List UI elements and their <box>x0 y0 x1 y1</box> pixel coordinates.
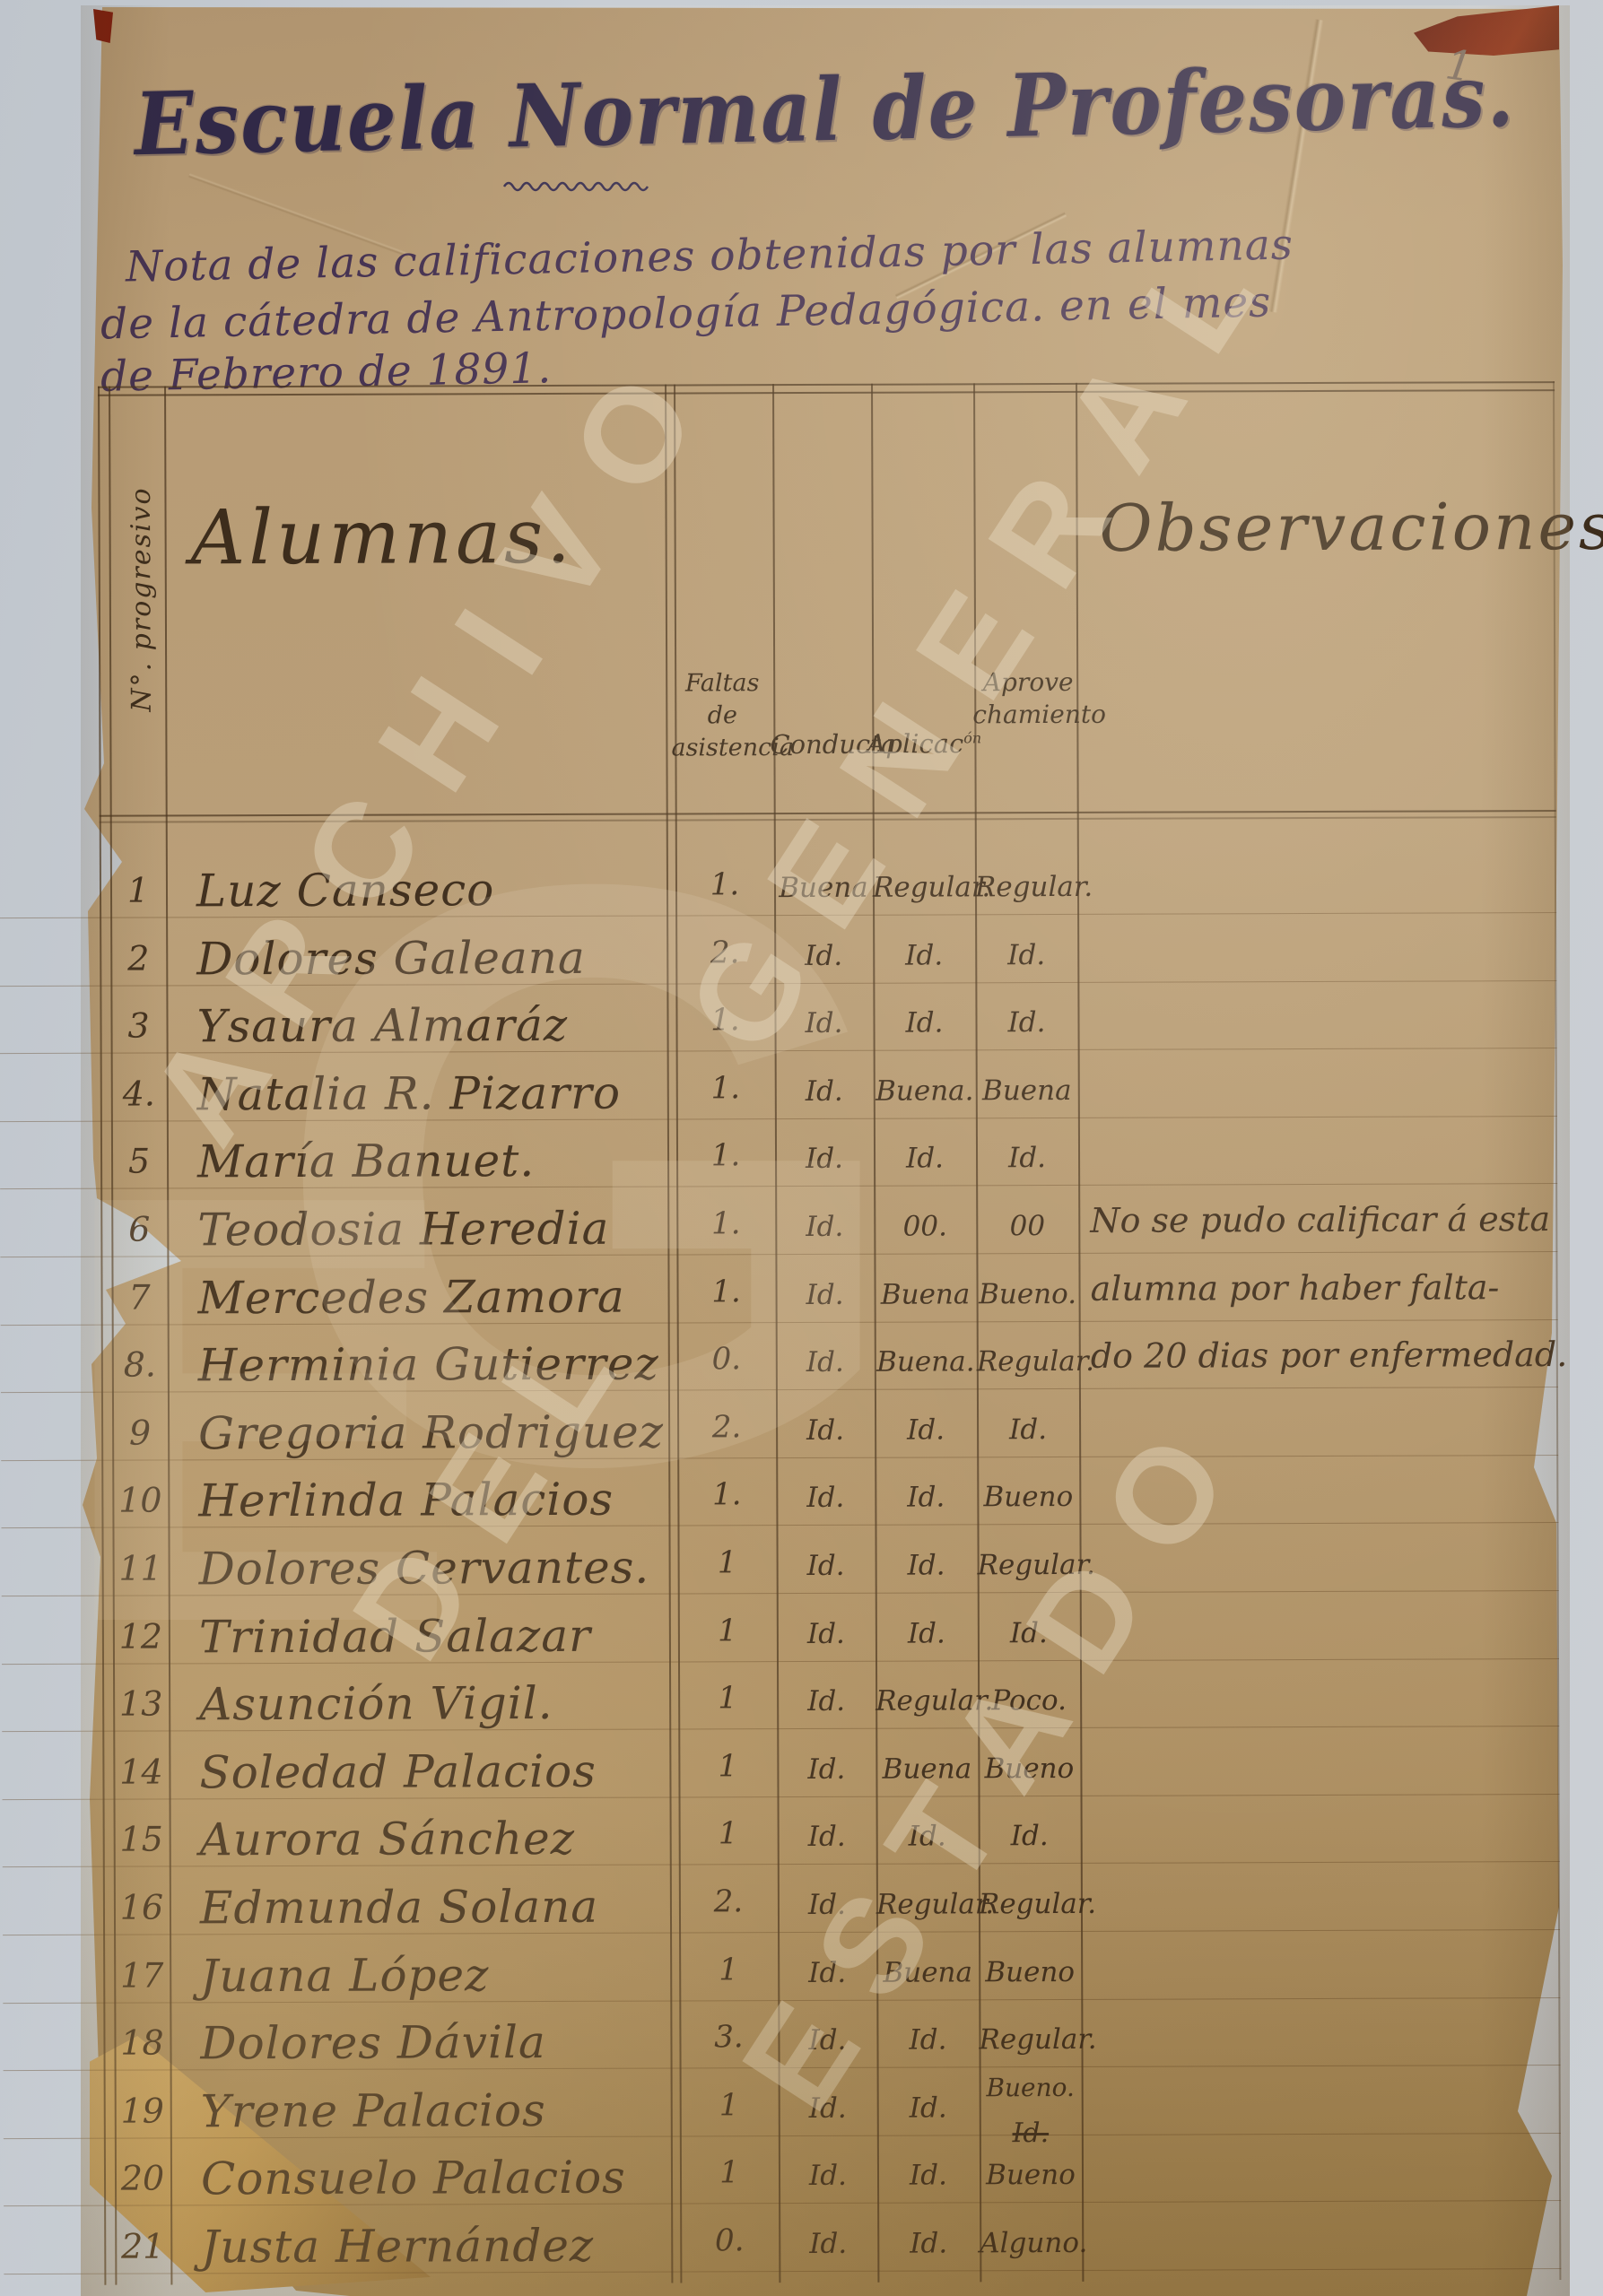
aplicacion-value: Buena. <box>875 1346 977 1378</box>
conducta-value: Id. <box>776 1346 875 1378</box>
aprovechamiento-value: Bueno. <box>977 1278 1079 1310</box>
column-header-numero: N°. progresivo <box>126 402 159 796</box>
column-header-observaciones: Observaciones. <box>1099 489 1603 566</box>
aprovechamiento-value: Regular. <box>979 1888 1081 1920</box>
row-number: 3 <box>112 1006 164 1046</box>
table-row: 18 Dolores Dávila 3. Id. Id. Regular. <box>3 1996 1560 2071</box>
faltas-value: 1. <box>675 1002 774 1038</box>
aprovechamiento-value: Regular. <box>978 1549 1080 1581</box>
conducta-value: Id. <box>775 1075 874 1108</box>
table-row: 12 Trinidad Salazar 1 Id. Id. Id. <box>2 1590 1559 1665</box>
observacion-text: No se pudo calificar á esta <box>1090 1199 1550 1240</box>
column-header-faltas: Faltas de asistencia <box>671 667 773 764</box>
aplicacion-value: Id. <box>877 2227 980 2259</box>
column-header-alumnas: Alumnas. <box>190 492 574 581</box>
conducta-value: Id. <box>779 2228 877 2260</box>
conducta-value: Id. <box>778 1956 876 1988</box>
aplicacion-value: Regular. <box>873 871 975 903</box>
student-name: Justa Hernández <box>201 2220 594 2274</box>
aprovechamiento-value: Poco. <box>978 1684 1080 1717</box>
faltas-value: 3. <box>679 2019 778 2055</box>
faltas-value: 1. <box>676 1137 775 1173</box>
table-row: 19 Yrene Palacios 1 Id. Id. Bueno. Id. <box>4 2065 1561 2139</box>
faltas-value: 1 <box>680 2087 779 2123</box>
table-row: 4. Natalia R. Pizarro 1. Id. Buena. Buen… <box>0 1048 1557 1122</box>
conducta-value: Id. <box>776 1414 875 1447</box>
aplicacion-value: Id. <box>877 2092 980 2124</box>
student-name: Ysaura Almaráz <box>196 999 568 1052</box>
row-number: 17 <box>116 1955 168 1995</box>
table-body: 1 Luz Canseco 1. Buena Regular. Regular.… <box>0 0 1599 3</box>
aplicacion-value: 00. <box>874 1210 976 1242</box>
row-number: 19 <box>117 2091 169 2130</box>
aprovechamiento-value: Bueno. <box>980 2073 1082 2102</box>
conducta-value: Id. <box>779 2160 877 2192</box>
row-number: 14 <box>115 1752 167 1791</box>
student-name: Herminia Gutierrez <box>198 1338 659 1392</box>
table-row: 5 María Banuet. 1. Id. Id. Id. <box>0 1115 1557 1189</box>
aplicacion-value: Buena <box>875 1278 977 1310</box>
student-name: Natalia R. Pizarro <box>197 1066 621 1120</box>
table-row: 8. Herminia Gutierrez 0. Id. Buena. Regu… <box>1 1318 1558 1393</box>
table-row: 3 Ysaura Almaráz 1. Id. Id. Id. <box>0 979 1557 1054</box>
aprovechamiento-value: Id. <box>978 1617 1080 1649</box>
faltas-value: 1. <box>676 1070 775 1106</box>
row-number: 1 <box>112 870 164 909</box>
aplicacion-value: Id. <box>876 2024 979 2057</box>
row-number: 21 <box>117 2226 169 2266</box>
table-row: 6 Teodosia Heredia 1. Id. 00. 00 No se p… <box>0 1183 1557 1257</box>
faltas-value: 1 <box>678 1613 777 1648</box>
conducta-value: Id. <box>776 1278 875 1310</box>
aprovechamiento-value: 00 <box>976 1210 1078 1242</box>
aprovechamiento-value: Id. <box>977 1413 1079 1446</box>
faltas-value: 1. <box>677 1476 776 1512</box>
faltas-value: 1. <box>676 1205 775 1241</box>
row-number: 7 <box>113 1277 165 1317</box>
student-name: Herlinda Palacios <box>198 1474 614 1527</box>
aplicacion-value: Buena <box>876 1956 979 1988</box>
faltas-value: 1. <box>675 866 774 902</box>
table-row: 7 Mercedes Zamora 1. Id. Buena Bueno. al… <box>0 1251 1557 1326</box>
aplicacion-value: Id. <box>876 1549 978 1581</box>
aprovechamiento-value: Buena <box>976 1074 1078 1107</box>
conducta-value: Id. <box>778 1821 876 1853</box>
row-number: 4. <box>113 1074 165 1113</box>
student-name: Luz Canseco <box>196 864 494 917</box>
table-row: 1 Luz Canseco 1. Buena Regular. Regular. <box>0 844 1556 918</box>
student-name: Consuelo Palacios <box>201 2152 626 2205</box>
aprovechamiento-value: Alguno. <box>980 2227 1082 2259</box>
conducta-value: Id. <box>775 1143 874 1175</box>
conducta-value: Id. <box>774 1007 873 1039</box>
conducta-value: Id. <box>778 2024 876 2057</box>
aplicacion-value: Id. <box>873 1007 975 1039</box>
row-number: 20 <box>117 2159 169 2198</box>
student-name: Gregoria Rodriguez <box>198 1405 664 1459</box>
row-number: 18 <box>116 2023 168 2063</box>
aplicacion-value: Buena <box>876 1752 978 1785</box>
aprovechamiento-value: Bueno <box>978 1752 1080 1785</box>
conducta-value: Id. <box>776 1482 875 1514</box>
row-number: 11 <box>115 1548 167 1587</box>
conducta-value: Buena <box>774 872 873 904</box>
faltas-value: 1 <box>679 1815 778 1851</box>
row-number: 12 <box>115 1616 167 1656</box>
table-rule-horizontal <box>98 381 1555 388</box>
student-name: Edmunda Solana <box>200 1881 598 1935</box>
row-number: 6 <box>113 1209 165 1248</box>
table-row: 20 Consuelo Palacios 1 Id. Id. Bueno <box>4 2132 1561 2206</box>
table-row: 14 Soledad Palacios 1 Id. Buena Bueno <box>2 1726 1559 1800</box>
aprovechamiento-value: Id. <box>979 1820 1081 1852</box>
column-header-aprovechamiento: Aprove chamiento <box>972 666 1084 731</box>
conducta-value: Id. <box>777 1685 876 1718</box>
student-name: Mercedes Zamora <box>197 1270 624 1324</box>
student-name: Dolores Cervantes. <box>199 1542 650 1596</box>
aplicacion-value: Id. <box>877 2160 980 2192</box>
observacion-text: do 20 dias por enfermedad. <box>1091 1335 1568 1376</box>
aplicacion-value: Id. <box>876 1821 979 1853</box>
conducta-value: Id. <box>775 1211 874 1243</box>
grades-table: N°. progresivo Alumnas. Faltas de asiste… <box>0 0 1603 2296</box>
aprovechamiento-value: Id. <box>975 939 1077 971</box>
table-row: 15 Aurora Sánchez 1 Id. Id. Id. <box>3 1793 1560 1867</box>
row-number: 8. <box>114 1345 166 1385</box>
student-name: Dolores Dávila <box>200 2016 545 2069</box>
aplicacion-value: Buena. <box>874 1074 976 1107</box>
aprovechamiento-value: Regular. <box>977 1345 1079 1378</box>
table-row: 2 Dolores Galeana 2. Id. Id. Id. <box>0 912 1556 987</box>
row-number: 5 <box>113 1142 165 1181</box>
aprovechamiento-value: Regular. <box>975 871 1077 903</box>
aplicacion-value: Id. <box>876 1617 978 1649</box>
table-row: 9 Gregoria Rodriguez 2. Id. Id. Id. <box>1 1387 1558 1461</box>
aprovechamiento-value: Id. <box>975 1006 1077 1039</box>
student-name: Yrene Palacios <box>201 2084 546 2137</box>
aplicacion-value: Regular. <box>876 1685 978 1718</box>
aprovechamiento-value: Bueno <box>977 1481 1079 1513</box>
row-number: 2 <box>112 938 164 978</box>
faltas-value: 1 <box>678 1680 777 1716</box>
table-row: 10 Herlinda Palacios 1. Id. Id. Bueno <box>1 1454 1558 1528</box>
aplicacion-value: Id. <box>875 1413 977 1446</box>
student-name: María Banuet. <box>197 1135 535 1187</box>
student-name: Teodosia Heredia <box>197 1203 609 1257</box>
faltas-value: 1 <box>678 1544 777 1580</box>
aplicacion-value: Id. <box>873 939 975 971</box>
row-number: 15 <box>116 1820 168 1859</box>
table-row: 13 Asunción Vigil. 1 Id. Regular. Poco. <box>2 1657 1559 1732</box>
column-header-conducta: Conducta <box>770 728 874 761</box>
scanned-document-photo: 1 Escuela Normal de Profesoras. Nota de … <box>0 0 1603 2296</box>
faltas-value: 1 <box>679 1952 778 1987</box>
aprovechamiento-value: Id. <box>976 1142 1078 1174</box>
faltas-value: 2. <box>677 1409 776 1445</box>
aplicacion-value: Id. <box>874 1143 976 1175</box>
conducta-value: Id. <box>774 939 873 971</box>
student-name: Soledad Palacios <box>199 1745 597 1799</box>
aplicacion-value: Regular. <box>876 1888 979 1920</box>
table-row: 21 Justa Hernández 0. Id. Id. Alguno. <box>4 2200 1561 2274</box>
aprovechamiento-value: Bueno <box>979 1956 1081 1988</box>
student-name: Aurora Sánchez <box>200 1813 576 1865</box>
table-row: 11 Dolores Cervantes. 1 Id. Id. Regular. <box>1 1522 1558 1596</box>
conducta-value: Id. <box>779 2092 877 2125</box>
student-name: Dolores Galeana <box>196 931 586 985</box>
table-row: 17 Juana López 1 Id. Buena Bueno <box>3 1929 1560 2004</box>
aprovechamiento-value: Bueno <box>980 2159 1082 2191</box>
faltas-value: 2. <box>679 1883 778 1919</box>
faltas-value: 1 <box>678 1748 777 1784</box>
conducta-value: Id. <box>777 1753 876 1786</box>
table-row: 16 Edmunda Solana 2. Id. Regular. Regula… <box>3 1861 1560 1935</box>
conducta-value: Id. <box>777 1550 876 1582</box>
table-rule-horizontal <box>100 810 1556 817</box>
student-name: Trinidad Salazar <box>199 1609 591 1663</box>
faltas-value: 0. <box>677 1341 776 1377</box>
conducta-value: Id. <box>778 1889 876 1921</box>
student-name: Asunción Vigil. <box>199 1677 553 1730</box>
table-rule-horizontal <box>98 389 1555 396</box>
faltas-value: 2. <box>675 935 774 970</box>
conducta-value: Id. <box>777 1617 876 1649</box>
row-number: 10 <box>114 1481 166 1520</box>
faltas-value: 1. <box>676 1274 775 1309</box>
aprovechamiento-value: Regular. <box>979 2023 1081 2056</box>
row-number: 13 <box>115 1684 167 1724</box>
aplicacion-value: Id. <box>875 1482 977 1514</box>
column-header-aplicacion: Aplicacón <box>867 722 978 760</box>
student-name: Juana López <box>200 1949 489 2002</box>
table-rule-horizontal <box>100 816 1556 823</box>
row-number: 16 <box>116 1887 168 1926</box>
faltas-value: 1 <box>680 2154 779 2190</box>
row-number: 9 <box>114 1413 166 1452</box>
faltas-value: 0. <box>680 2222 779 2258</box>
observacion-text: alumna por haber falta- <box>1090 1267 1499 1309</box>
